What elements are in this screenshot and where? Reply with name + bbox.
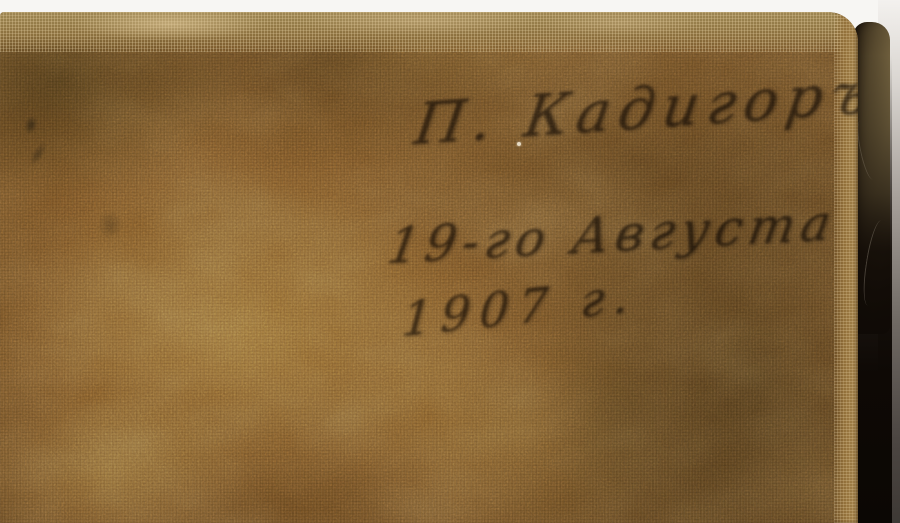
faint-smudge	[92, 204, 128, 246]
worn-top-edge	[0, 12, 858, 52]
velvet-cover: П. Кадигоръ 19-го Августа 1907 г.	[0, 12, 858, 523]
photograph-of-velvet-book-cover: П. Кадигоръ 19-го Августа 1907 г.	[0, 0, 900, 523]
